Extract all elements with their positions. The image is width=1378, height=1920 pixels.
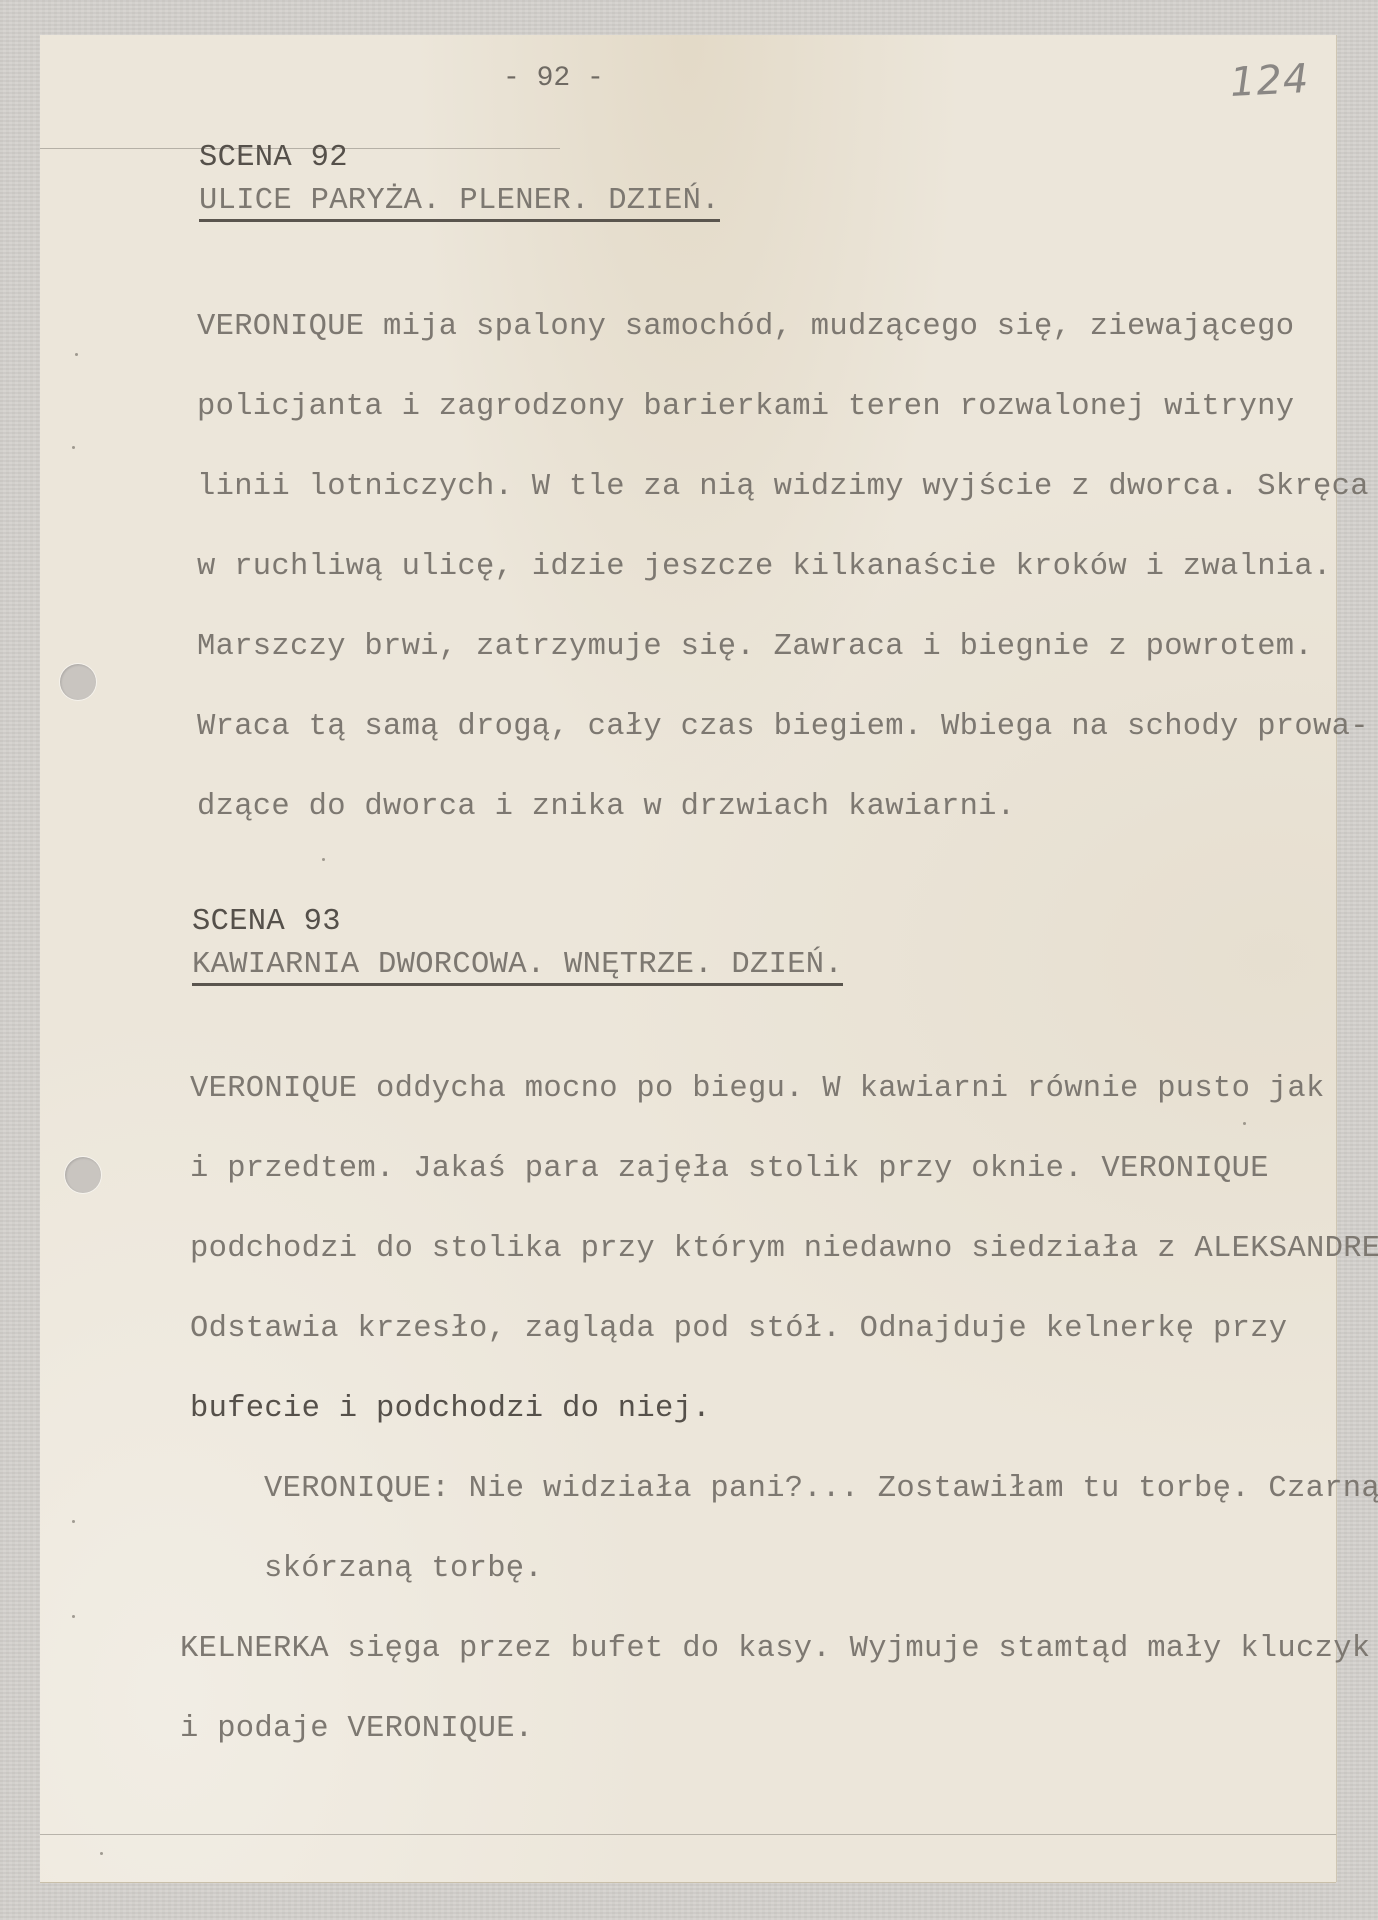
scene-line: bufecie i podchodzi do niej. bbox=[190, 1394, 711, 1425]
speck bbox=[72, 446, 75, 449]
scene-number: SCENA 92 bbox=[199, 143, 348, 174]
scene-line: dzące do dworca i znika w drzwiach kawia… bbox=[197, 792, 1015, 823]
scene-heading: KAWIARNIA DWORCOWA. WNĘTRZE. DZIEŃ. bbox=[192, 950, 843, 986]
dialogue-line: skórzaną torbę. bbox=[264, 1554, 543, 1585]
scene-line: VERONIQUE oddycha mocno po biegu. W kawi… bbox=[190, 1074, 1325, 1105]
speck bbox=[72, 1520, 75, 1523]
speck bbox=[100, 1852, 103, 1855]
scene-line: Odstawia krzesło, zagląda pod stół. Odna… bbox=[190, 1314, 1287, 1345]
page-number: - 92 - bbox=[503, 63, 604, 94]
scene-line: i przedtem. Jakaś para zajęła stolik prz… bbox=[190, 1154, 1269, 1185]
speck bbox=[75, 353, 78, 356]
punch-hole-top bbox=[60, 664, 96, 700]
speck bbox=[72, 1615, 75, 1618]
scene-number: SCENA 93 bbox=[192, 907, 341, 938]
archive-number-handwritten: 124 bbox=[1229, 56, 1311, 106]
speck bbox=[1243, 1122, 1246, 1125]
scene-line: Wraca tą samą drogą, cały czas biegiem. … bbox=[197, 712, 1369, 743]
scene-line: VERONIQUE mija spalony samochód, mudzące… bbox=[197, 312, 1294, 343]
scene-line: Marszczy brwi, zatrzymuje się. Zawraca i… bbox=[197, 632, 1313, 663]
scene-line: linii lotniczych. W tle za nią widzimy w… bbox=[197, 472, 1369, 503]
scene-line: podchodzi do stolika przy którym niedawn… bbox=[190, 1234, 1378, 1265]
scene-line: policjanta i zagrodzony barierkami teren… bbox=[197, 392, 1294, 423]
scene-line: i podaje VERONIQUE. bbox=[180, 1714, 533, 1745]
scene-heading: ULICE PARYŻA. PLENER. DZIEŃ. bbox=[199, 186, 720, 222]
dialogue-line: VERONIQUE: Nie widziała pani?... Zostawi… bbox=[264, 1474, 1378, 1505]
punch-hole-bottom bbox=[65, 1157, 101, 1193]
scene-line: KELNERKA sięga przez bufet do kasy. Wyjm… bbox=[180, 1634, 1370, 1665]
scene-line: w ruchliwą ulicę, idzie jeszcze kilkanaś… bbox=[197, 552, 1332, 583]
fold-line-bottom bbox=[40, 1834, 1336, 1835]
speck bbox=[322, 858, 325, 861]
